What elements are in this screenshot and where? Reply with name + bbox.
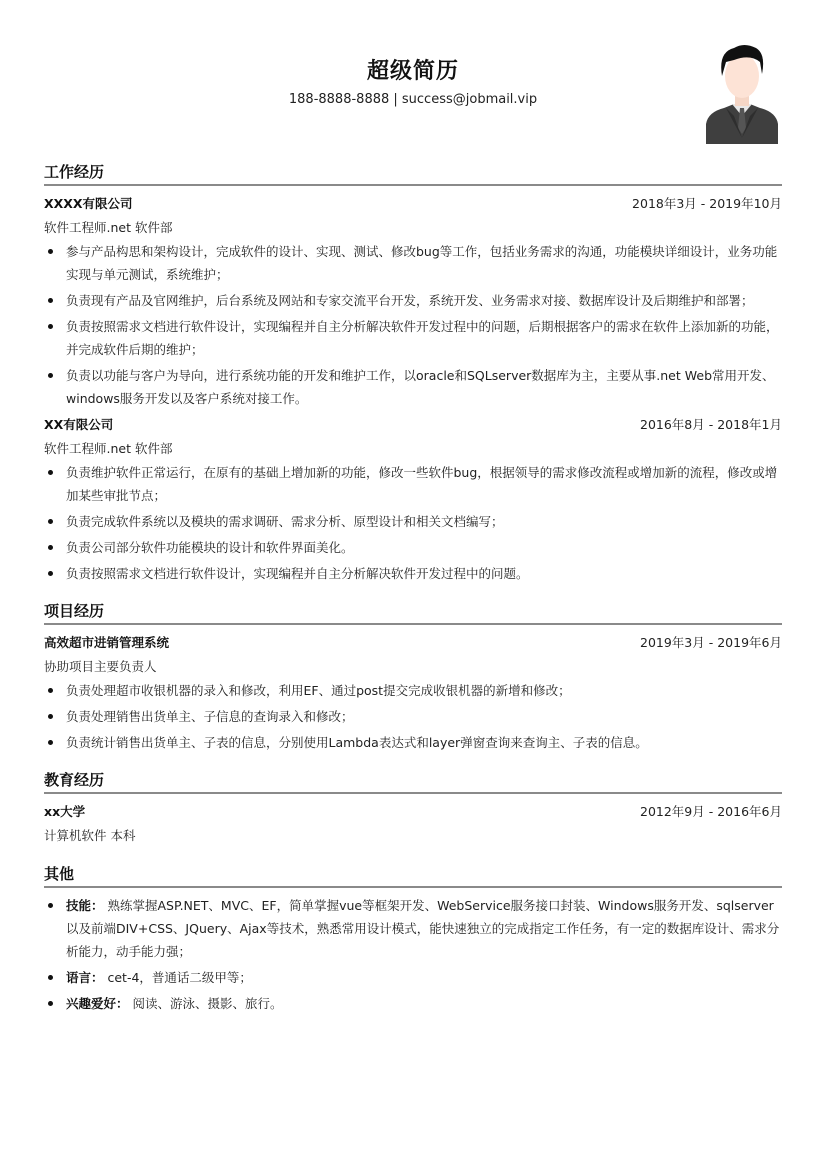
bullet-icon [48, 470, 53, 475]
date-range: 2016年8月 - 2018年1月 [640, 413, 782, 437]
company-name: XX有限公司 [44, 413, 113, 437]
bullet-icon [48, 1001, 53, 1006]
company-name: XXXX有限公司 [44, 192, 133, 216]
list-item: 负责处理超市收银机器的录入和修改，利用EF、通过post提交完成收银机器的新增和… [44, 679, 782, 702]
list-item: 负责以功能与客户为导向，进行系统功能的开发和维护工作，以oracle和SQLse… [44, 364, 782, 410]
date-range: 2012年9月 - 2016年6月 [640, 800, 782, 824]
section-divider [44, 184, 782, 186]
section-title: 教育经历 [44, 768, 782, 792]
resume-body: 工作经历 XXXX有限公司 2018年3月 - 2019年10月 软件工程师.n… [44, 160, 782, 1029]
project-entry: 高效超市进销管理系统 2019年3月 - 2019年6月 协助项目主要负责人 负… [44, 631, 782, 754]
bullet-icon [48, 688, 53, 693]
major-degree: 计算机软件 本科 [44, 824, 782, 848]
bullet-icon [48, 249, 53, 254]
section-title: 项目经历 [44, 599, 782, 623]
job-title: 软件工程师.net 软件部 [44, 216, 782, 240]
project-experience-section: 项目经历 高效超市进销管理系统 2019年3月 - 2019年6月 协助项目主要… [44, 599, 782, 754]
section-title: 其他 [44, 862, 782, 886]
list-item: 负责按照需求文档进行软件设计，实现编程并自主分析解决软件开发过程中的问题，后期根… [44, 315, 782, 361]
bullet-icon [48, 571, 53, 576]
school-name: xx大学 [44, 800, 85, 824]
education-entry: xx大学 2012年9月 - 2016年6月 计算机软件 本科 [44, 800, 782, 848]
skills-item: 技能： 熟练掌握ASP.NET、MVC、EF，简单掌握vue等框架开发、WebS… [44, 894, 782, 963]
section-title: 工作经历 [44, 160, 782, 184]
list-item: 负责完成软件系统以及模块的需求调研、需求分析、原型设计和相关文档编写； [44, 510, 782, 533]
bullet-icon [48, 298, 53, 303]
work-experience-section: 工作经历 XXXX有限公司 2018年3月 - 2019年10月 软件工程师.n… [44, 160, 782, 585]
list-item: 负责现有产品及官网维护，后台系统及网站和专家交流平台开发，系统开发、业务需求对接… [44, 289, 782, 312]
bullet-icon [48, 373, 53, 378]
resume-header: 超级简历 188-8888-8888 | success@jobmail.vip [0, 0, 826, 150]
section-divider [44, 886, 782, 888]
project-name: 高效超市进销管理系统 [44, 631, 169, 655]
other-section: 其他 技能： 熟练掌握ASP.NET、MVC、EF，简单掌握vue等框架开发、W… [44, 862, 782, 1015]
date-range: 2018年3月 - 2019年10月 [632, 192, 782, 216]
list-item: 负责维护软件正常运行，在原有的基础上增加新的功能，修改一些软件bug，根据领导的… [44, 461, 782, 507]
bullet-icon [48, 740, 53, 745]
job-title: 软件工程师.net 软件部 [44, 437, 782, 461]
bullet-icon [48, 975, 53, 980]
list-item: 参与产品构思和架构设计，完成软件的设计、实现、测试、修改bug等工作，包括业务需… [44, 240, 782, 286]
bullet-icon [48, 903, 53, 908]
resume-title: 超级简历 [0, 54, 826, 85]
work-entry: XX有限公司 2016年8月 - 2018年1月 软件工程师.net 软件部 负… [44, 413, 782, 585]
date-range: 2019年3月 - 2019年6月 [640, 631, 782, 655]
person-avatar-icon [704, 40, 780, 144]
project-role: 协助项目主要负责人 [44, 655, 782, 679]
languages-item: 语言： cet-4，普通话二级甲等； [44, 966, 782, 989]
list-item: 负责处理销售出货单主、子信息的查询录入和修改； [44, 705, 782, 728]
bullet-icon [48, 324, 53, 329]
list-item: 负责按照需求文档进行软件设计，实现编程并自主分析解决软件开发过程中的问题。 [44, 562, 782, 585]
education-section: 教育经历 xx大学 2012年9月 - 2016年6月 计算机软件 本科 [44, 768, 782, 848]
list-item: 负责统计销售出货单主、子表的信息，分别使用Lambda表达式和layer弹窗查询… [44, 731, 782, 754]
section-divider [44, 623, 782, 625]
list-item: 负责公司部分软件功能模块的设计和软件界面美化。 [44, 536, 782, 559]
contact-info: 188-8888-8888 | success@jobmail.vip [0, 92, 826, 107]
work-entry: XXXX有限公司 2018年3月 - 2019年10月 软件工程师.net 软件… [44, 192, 782, 410]
bullet-icon [48, 714, 53, 719]
hobbies-item: 兴趣爱好： 阅读、游泳、摄影、旅行。 [44, 992, 782, 1015]
section-divider [44, 792, 782, 794]
bullet-icon [48, 545, 53, 550]
bullet-icon [48, 519, 53, 524]
